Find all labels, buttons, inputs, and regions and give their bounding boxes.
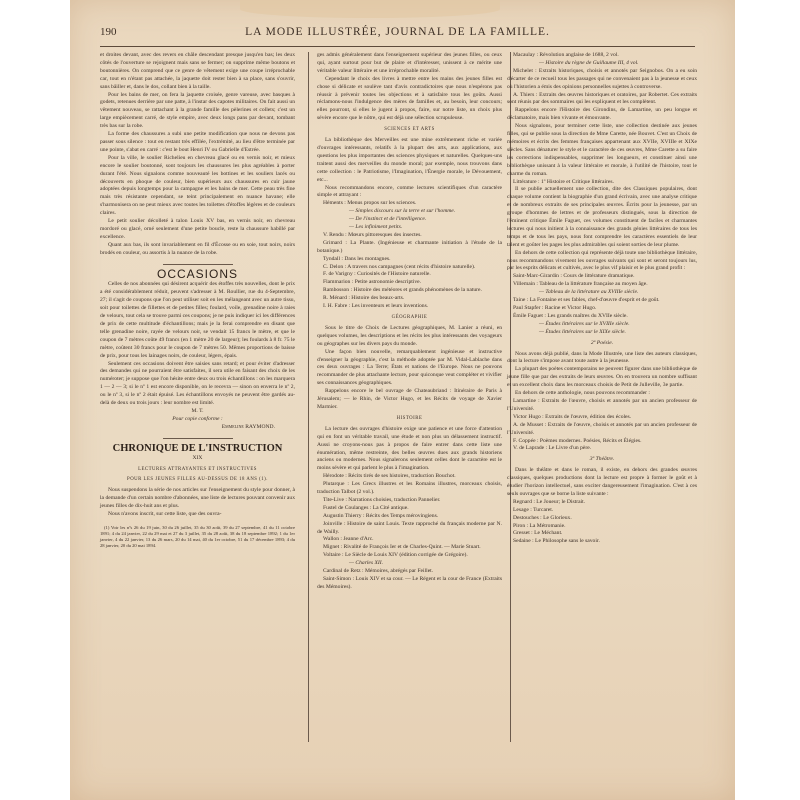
paragraph: La lecture des ouvrages d'histoire exige… bbox=[317, 426, 502, 473]
bibliography-entry: Wallon : Jeanne d'Arc. bbox=[317, 536, 502, 544]
paragraph: Nous recommandons encore, comme lectures… bbox=[317, 185, 502, 201]
bibliography-entry: Saint-Simon : Louis XIV et sa cour. — Le… bbox=[317, 576, 502, 592]
paragraph: Quant aux bas, ils sont invariablement e… bbox=[100, 242, 295, 258]
paragraph: Nous suspendons la série de nos articles… bbox=[100, 487, 295, 511]
paragraph: Rappelons encore le bel ouvrage de Chate… bbox=[317, 388, 502, 412]
chronicle-subtitle: LECTURES ATTRAYANTES ET INSTRUCTIVES bbox=[100, 466, 295, 474]
paragraph: Nous signalons, pour terminer cette list… bbox=[507, 123, 697, 178]
bibliography-entry: Fustel de Coulanges : La Cité antique. bbox=[317, 505, 502, 513]
bibliography-entry: Flammarion : Petite astronomie descripti… bbox=[317, 279, 502, 287]
paragraph: et droites devant, avec des revers en ch… bbox=[100, 52, 295, 92]
section-title-histoire: HISTOIRE bbox=[317, 415, 502, 423]
bibliography-entry: C. Delon : A travers nos campagnes (cent… bbox=[317, 264, 502, 272]
bibliography-entry: — Simples discours sur la terre et sur l… bbox=[317, 208, 502, 216]
bibliography-entry: Tyndall : Dans les montagnes. bbox=[317, 256, 502, 264]
bibliography-entry: Lesage : Turcaret. bbox=[507, 507, 697, 515]
divider bbox=[163, 438, 233, 439]
paragraph: Pour les bains de mer, on fera la jaquet… bbox=[100, 92, 295, 132]
section-title-geographie: GÉOGRAPHIE bbox=[317, 314, 502, 322]
bibliography-entry: Grimard : La Plante. (Ingénieuse et char… bbox=[317, 240, 502, 256]
chronicle-subtitle: POUR LES JEUNES FILLES AU-DESSUS DE 18 A… bbox=[100, 476, 295, 484]
bibliography-entry: Destouches : Le Glorieux. bbox=[507, 515, 697, 523]
paragraph: ges admis généralement dans l'enseigneme… bbox=[317, 52, 502, 76]
bibliography-entry: R. Ménard : Histoire des beaux-arts. bbox=[317, 295, 502, 303]
section-title-sciences: SCIENCES ET ARTS bbox=[317, 126, 502, 134]
bibliography-entry: Augustin Thierry : Récits des Temps méro… bbox=[317, 513, 502, 521]
paragraph: La plupart des poètes contemporains ne p… bbox=[507, 366, 697, 390]
bibliography-entry: Michelet : Extraits historiques, choisis… bbox=[507, 68, 697, 92]
paragraph: Sous le titre de Choix de Lectures géogr… bbox=[317, 325, 502, 349]
section-title-occasions: OCCASIONS bbox=[100, 271, 295, 279]
bibliography-entry: Paul Stapfer : Racine et Victor Hugo. bbox=[507, 305, 697, 313]
chronicle-title: CHRONIQUE DE L'INSTRUCTION bbox=[100, 445, 295, 453]
bibliography-entry: Macaulay : Révolution anglaise de 1688, … bbox=[507, 52, 697, 60]
paragraph: Nous n'avons inscrit, sur cette liste, q… bbox=[100, 511, 295, 519]
bibliography-entry: F. Coppée : Poèmes modernes. Poésies, Ré… bbox=[507, 438, 697, 446]
bibliography-entry: — Tableau de la littérature au XVIIIe si… bbox=[507, 289, 697, 297]
paragraph: Une façon bien nouvelle, remarquablement… bbox=[317, 349, 502, 389]
divider bbox=[163, 264, 233, 265]
paragraph: Dans le théâtre et dans le roman, il exi… bbox=[507, 467, 697, 499]
subsection-heading: Littérature : 1º Histoire et Critique li… bbox=[507, 179, 697, 187]
bibliography-entry: Cardinal de Retz : Mémoires, abrégés par… bbox=[317, 568, 502, 576]
bibliography-entry: Rambosson : Histoire des météores et gra… bbox=[317, 287, 502, 295]
bibliography-entry: Tite-Live : Narrations choisies, traduct… bbox=[317, 497, 502, 505]
signature-name: Emmeline RAYMOND. bbox=[100, 424, 295, 432]
bibliography-entry: Gresset : Le Méchant. bbox=[507, 530, 697, 538]
bibliography-entry: — Histoire du règne de Guillaume III, 4 … bbox=[507, 60, 697, 68]
signature-initials: M. T. bbox=[100, 408, 295, 416]
bibliography-entry: Plutarque : Les Grecs illustres et les R… bbox=[317, 481, 502, 497]
bibliography-entry: Sedaine : Le Philosophe sans le savoir. bbox=[507, 538, 697, 546]
column-right: Macaulay : Révolution anglaise de 1688, … bbox=[507, 52, 697, 546]
paragraph: Le petit soulier décolleté à talon Louis… bbox=[100, 218, 295, 242]
bibliography-entry: A. Thiers : Extraits des œuvres historiq… bbox=[507, 92, 697, 108]
section-title-poesie: 2º Poésie. bbox=[507, 340, 697, 348]
bibliography-entry: Émile Faguet : Les grands maîtres du XVI… bbox=[507, 313, 697, 321]
bibliography-entry: Taine : La Fontaine et ses fables, chef-… bbox=[507, 297, 697, 305]
paragraph: Pour la ville, le soulier Richelieu en c… bbox=[100, 155, 295, 218]
paragraph: En dehors de cette collection qui représ… bbox=[507, 250, 697, 274]
bibliography-entry: Héments : Menus propos sur les sciences. bbox=[317, 200, 502, 208]
section-title-theatre: 3º Théâtre. bbox=[507, 456, 697, 464]
bibliography-entry: Victor Hugo : Extraits de l'œuvre, éditi… bbox=[507, 414, 697, 422]
bibliography-entry: Regnard : Le Joueur; le Distrait. bbox=[507, 499, 697, 507]
column-middle: ges admis généralement dans l'enseigneme… bbox=[308, 52, 511, 742]
bibliography-entry: A. de Musset : Extraits de l'œuvre, choi… bbox=[507, 422, 697, 438]
bibliography-entry: — Études littéraires sur le XVIIIe siècl… bbox=[507, 321, 697, 329]
bibliography-entry: Voltaire : Le Siècle de Louis XIV (éditi… bbox=[317, 552, 502, 560]
paragraph: La bibliothèque des Merveilles est une m… bbox=[317, 137, 502, 184]
bibliography-entry: Joinville : Histoire de saint Louis. Tex… bbox=[317, 521, 502, 537]
paragraph: Celles de nos abonnées qui désirent acqu… bbox=[100, 281, 295, 360]
bibliography-entry: Lamartine : Extraits de l'œuvre, choisis… bbox=[507, 398, 697, 414]
bibliography-entry: — Études littéraires sur le XIXe siècle. bbox=[507, 329, 697, 337]
paragraph: Rappelons encore l'Histoire des Girondin… bbox=[507, 107, 697, 123]
bibliography-entry: V. Rendu : Mœurs pittoresques des insect… bbox=[317, 232, 502, 240]
paragraph: Cependant le choix des livres à mettre e… bbox=[317, 76, 502, 123]
paragraph: Il se publie actuellement une collection… bbox=[507, 186, 697, 249]
page-header: 190 LA MODE ILLUSTRÉE, JOURNAL DE LA FAM… bbox=[100, 26, 695, 47]
chronicle-number: XIX bbox=[100, 455, 295, 463]
bibliography-entry: Villemain : Tableau de la littérature fr… bbox=[507, 281, 697, 289]
paragraph: Seulement ces occasions doivent être sai… bbox=[100, 361, 295, 408]
torn-edge bbox=[240, 0, 500, 18]
bibliography-entry: — De l'instinct et de l'intelligence. bbox=[317, 216, 502, 224]
newspaper-page: 190 LA MODE ILLUSTRÉE, JOURNAL DE LA FAM… bbox=[70, 0, 735, 800]
paragraph: Nous avons déjà publié, dans la Mode Ill… bbox=[507, 351, 697, 367]
running-title: LA MODE ILLUSTRÉE, JOURNAL DE LA FAMILLE… bbox=[100, 26, 695, 38]
column-left: et droites devant, avec des revers en ch… bbox=[100, 52, 295, 549]
paragraph: La forme des chaussures a subi une petit… bbox=[100, 131, 295, 155]
footnote: (1) Voir les nºs 26 du 19 juin, 30 du 26… bbox=[100, 525, 295, 549]
signature-conform: Pour copie conforme : bbox=[100, 416, 295, 424]
bibliography-entry: Piron : La Métromanie. bbox=[507, 523, 697, 531]
bibliography-entry: — Les infiniment petits. bbox=[317, 224, 502, 232]
bibliography-entry: V. de Laprade : Le Livre d'un père. bbox=[507, 445, 697, 453]
bibliography-entry: I. H. Fabre : Les inventeurs et leurs in… bbox=[317, 303, 502, 311]
paragraph: En dehors de cette anthologie, nous pouv… bbox=[507, 390, 697, 398]
bibliography-entry: — Charles XII. bbox=[317, 560, 502, 568]
bibliography-entry: Hérodote : Récits tirés de ses histoires… bbox=[317, 473, 502, 481]
bibliography-entry: F. de Varigny : Curiosités de l'Histoire… bbox=[317, 271, 502, 279]
